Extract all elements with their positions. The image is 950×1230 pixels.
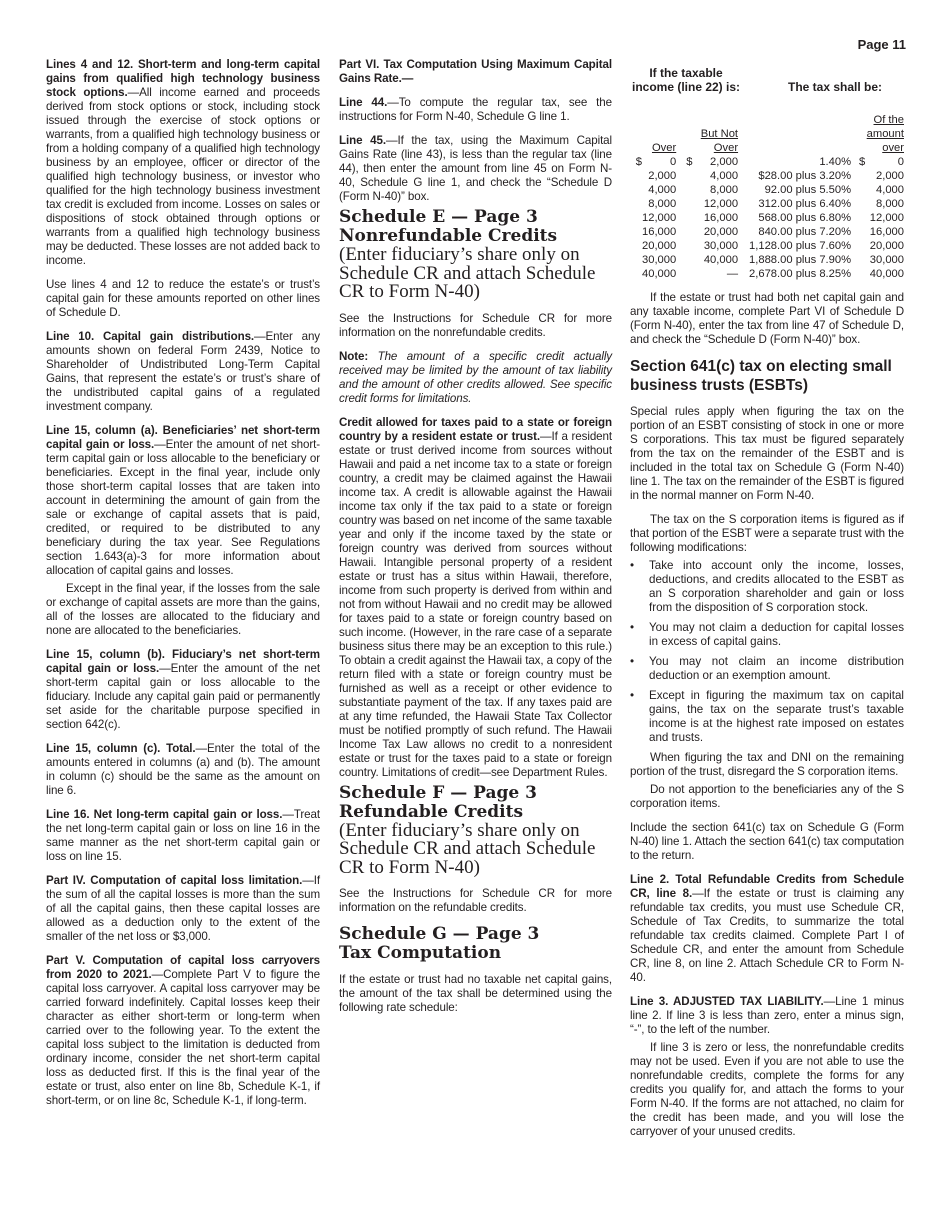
paragraph-line-3-zero: If line 3 is zero or less, the nonrefund… <box>630 1041 904 1139</box>
table-row: 12,00016,000568.00 plus 6.80%12,000 <box>630 211 904 225</box>
paragraph-special-rules: Special rules apply when figuring the ta… <box>630 405 904 503</box>
rate-table-head-income: If the taxable income (line 22) is: <box>630 66 742 94</box>
paragraph-line-45: Line 45.—If the tax, using the Maximum C… <box>339 134 612 204</box>
paragraph-lines-4-12: Lines 4 and 12. Short-term and long-term… <box>46 58 320 268</box>
table-row: 40,000—2,678.00 plus 8.25%40,000 <box>630 267 904 281</box>
page-number: Page 11 <box>858 38 906 52</box>
schedule-e-subtitle: (Enter fiduciary’s share only on Schedul… <box>339 246 612 302</box>
schedule-g-heading: Schedule G — Page 3 Tax Computation <box>339 925 612 963</box>
table-row: 8,00012,000312.00 plus 6.40%8,000 <box>630 197 904 211</box>
heading-line-10: Line 10. Capital gain distributions. <box>46 330 254 343</box>
heading-line-44: Line 44. <box>339 96 387 109</box>
list-item: You may not claim an income distribution… <box>630 655 904 683</box>
paragraph-credit-taxes-paid: Credit allowed for taxes paid to a state… <box>339 416 612 780</box>
paragraph-line-16: Line 16. Net long-term capital gain or l… <box>46 808 320 864</box>
paragraph-do-not-apportion: Do not apportion to the beneficiaries an… <box>630 783 904 811</box>
heading-line-16: Line 16. Net long-term capital gain or l… <box>46 808 282 821</box>
heading-part-iv: Part IV. Computation of capital loss lim… <box>46 874 302 887</box>
table-row: $0$2,0001.40%$0 <box>630 155 904 169</box>
note-label: Note: <box>339 350 368 363</box>
column-left: Lines 4 and 12. Short-term and long-term… <box>46 58 320 1118</box>
table-row: 4,0008,00092.00 plus 5.50%4,000 <box>630 183 904 197</box>
paragraph-dni: When figuring the tax and DNI on the rem… <box>630 751 904 779</box>
paragraph-except-final-year: Except in the final year, if the losses … <box>46 582 320 638</box>
heading-line-45: Line 45. <box>339 134 386 147</box>
table-row: 20,00030,0001,128.00 plus 7.60%20,000 <box>630 239 904 253</box>
col-of-amount-over: Of theamountover <box>851 113 904 155</box>
paragraph-line-3: Line 3. ADJUSTED TAX LIABILITY.—Line 1 m… <box>630 995 904 1037</box>
heading-line-3: Line 3. ADJUSTED TAX LIABILITY. <box>630 995 824 1008</box>
column-middle: Part VI. Tax Computation Using Maximum C… <box>339 58 612 1025</box>
tax-rate-table: Over But NotOver Of theamountover $0$2,0… <box>630 113 904 281</box>
table-row: 30,00040,0001,888.00 plus 7.90%30,000 <box>630 253 904 267</box>
modifications-list: Take into account only the income, losse… <box>630 559 904 745</box>
paragraph-line-15c: Line 15, column (c). Total.—Enter the to… <box>46 742 320 798</box>
paragraph-line-15b: Line 15, column (b). Fiduciary’s net sho… <box>46 648 320 732</box>
heading-part-vi: Part VI. Tax Computation Using Maximum C… <box>339 58 612 86</box>
paragraph-both-net-capital-gain: If the estate or trust had both net capi… <box>630 291 904 347</box>
column-right: If the taxable income (line 22) is: The … <box>630 58 904 1149</box>
paragraph-s-corp-items: The tax on the S corporation items is fi… <box>630 513 904 555</box>
list-item: Except in figuring the maximum tax on ca… <box>630 689 904 745</box>
paragraph-line-10: Line 10. Capital gain distributions.—Ent… <box>46 330 320 414</box>
paragraph-part-iv: Part IV. Computation of capital loss lim… <box>46 874 320 944</box>
paragraph-note: Note: The amount of a specific credit ac… <box>339 350 612 406</box>
list-item: You may not claim a deduction for capita… <box>630 621 904 649</box>
schedule-f-heading: Schedule F — Page 3 Refundable Credits (… <box>339 784 612 878</box>
rate-table-header: If the taxable income (line 22) is: The … <box>630 58 904 113</box>
list-item: Take into account only the income, losse… <box>630 559 904 615</box>
schedule-f-subtitle: (Enter fiduciary’s share only on Schedul… <box>339 822 612 878</box>
paragraph-use-lines: Use lines 4 and 12 to reduce the estate’… <box>46 278 320 320</box>
col-over: Over <box>630 113 676 155</box>
table-row: 16,00020,000840.00 plus 7.20%16,000 <box>630 225 904 239</box>
paragraph-part-v: Part V. Computation of capital loss carr… <box>46 954 320 1108</box>
paragraph-line-15a: Line 15, column (a). Beneficiaries’ net … <box>46 424 320 578</box>
paragraph-see-instructions-nonrefundable: See the Instructions for Schedule CR for… <box>339 312 612 340</box>
schedule-e-heading: Schedule E — Page 3 Nonrefundable Credit… <box>339 208 612 302</box>
paragraph-see-instructions-refundable: See the Instructions for Schedule CR for… <box>339 887 612 915</box>
paragraph-include-641c: Include the section 641(c) tax on Schedu… <box>630 821 904 863</box>
paragraph-rate-schedule-intro: If the estate or trust had no taxable ne… <box>339 973 612 1015</box>
heading-line-15c: Line 15, column (c). Total. <box>46 742 196 755</box>
rate-table-head-tax: The tax shall be: <box>760 80 910 94</box>
heading-section-641c: Section 641(c) tax on electing small bus… <box>630 357 904 395</box>
paragraph-line-44: Line 44.—To compute the regular tax, see… <box>339 96 612 124</box>
table-row: 2,0004,000$28.00 plus 3.20%2,000 <box>630 169 904 183</box>
col-but-not-over: But NotOver <box>676 113 738 155</box>
paragraph-line-2: Line 2. Total Refundable Credits from Sc… <box>630 873 904 985</box>
